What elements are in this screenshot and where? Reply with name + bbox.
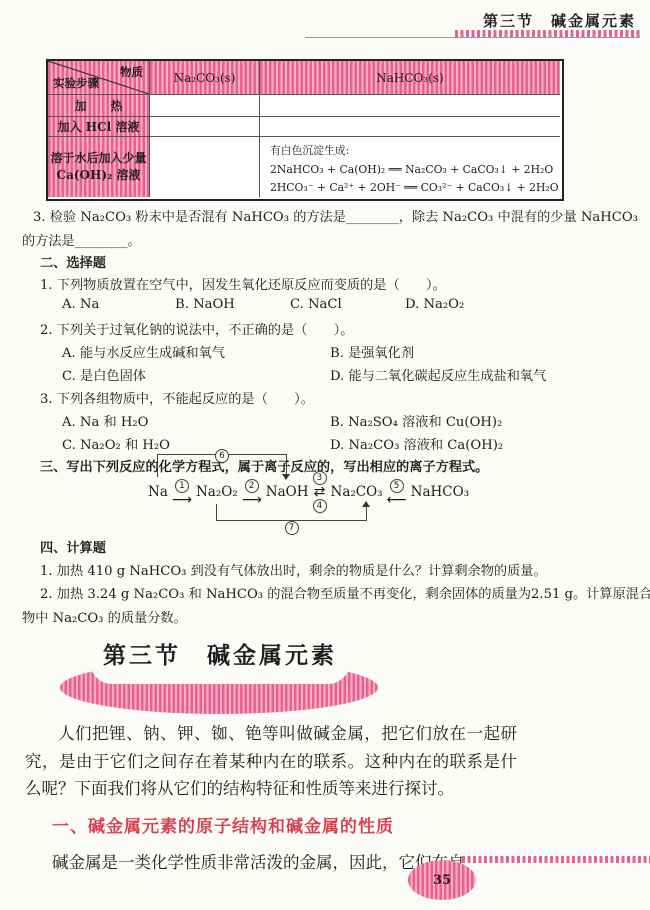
question3-line2: 的方法是________。	[22, 230, 141, 249]
column-header-nahco3: NaHCO₃(s)	[260, 61, 560, 95]
double-arrow-icon: ⇄	[314, 486, 326, 498]
species-na2o2: Na₂O₂	[196, 484, 238, 500]
mc2-option-a: A. 能与水反应生成碱和氧气	[62, 342, 225, 361]
mc2-option-c: C. 是白色固体	[62, 365, 146, 384]
mc3-stem: 3. 下列各组物质中，不能起反应的是（ ）。	[40, 388, 314, 407]
right-arrow-icon: ⟶	[242, 494, 262, 506]
section-title: 第三节 碱金属元素	[90, 637, 350, 670]
mc2-option-b: B. 是强氧化剂	[330, 342, 414, 361]
step6-number: 6	[215, 449, 229, 463]
header-rule	[305, 37, 640, 38]
arrow-step5: 5 ⟵	[387, 478, 407, 506]
calc2-line1: 2. 加热 3.24 g Na₂CO₃ 和 NaHCO₃ 的混合物至质量不再变化…	[40, 583, 650, 602]
body-paragraph: 碱金属是一类化学性质非常活泼的金属，因此，它们在自	[52, 849, 465, 873]
corner-label-steps: 实验步骤	[53, 75, 99, 91]
step3-number: 3	[313, 471, 327, 485]
reaction-chain-diagram: 6 7 Na 1 ⟶ Na₂O₂ 2 ⟶ NaOH 3 ⇄ 4 Na₂CO₃	[148, 452, 488, 532]
mc1-stem: 1. 下列物质放置在空气中，因发生氧化还原反应而变质的是（ ）。	[40, 274, 446, 293]
section4-heading: 四、计算题	[40, 537, 106, 556]
mc2-stem: 2. 下列关于过氧化钠的说法中，不正确的是（ ）。	[40, 319, 354, 338]
equation-ionic: 2HCO₃⁻ + Ca²⁺ + 2OH⁻ ══ CO₃²⁻ + CaCO₃↓ +…	[270, 179, 560, 198]
cell-heating-na2co3	[150, 95, 260, 117]
mc3-option-d: D. Na₂CO₃ 溶液和 Ca(OH)₂	[330, 434, 503, 453]
section2-heading: 二、选择题	[40, 252, 106, 271]
mc1-option-d: D. Na₂O₂	[405, 297, 464, 312]
header-pink-strip	[455, 30, 640, 37]
cell-heating-nahco3	[260, 95, 560, 117]
row-label-heating: 加 热	[48, 95, 150, 117]
cell-hcl-na2co3	[150, 117, 260, 137]
mc3-option-c: C. Na₂O₂ 和 H₂O	[62, 434, 170, 453]
mc1-option-c: C. NaCl	[290, 297, 342, 312]
species-naoh: NaOH	[266, 484, 309, 500]
question3-line1: 3. 检验 Na₂CO₃ 粉末中是否混有 NaHCO₃ 的方法是________…	[33, 206, 638, 225]
intro-paragraph: 人们把锂、钠、钾、铷、铯等叫做碱金属，把它们放在一起研究，是由于它们之间存在着某…	[25, 720, 517, 803]
cell-hcl-nahco3	[260, 117, 560, 137]
corner-label-substance: 物质	[120, 64, 143, 80]
species-na: Na	[148, 484, 168, 500]
comparison-table: 物质 实验步骤 Na₂CO₃(s) NaHCO₃(s) 加 热 加入 HCl 溶…	[46, 59, 564, 201]
column-header-na2co3: Na₂CO₃(s)	[150, 61, 260, 95]
mc1-option-a: A. Na	[62, 297, 99, 312]
row-label-caoh2-line1: 溶于水后加入少量	[50, 150, 146, 167]
row-label-hcl: 加入 HCl 溶液	[48, 117, 150, 137]
step1-number: 1	[175, 479, 189, 493]
step2-number: 2	[245, 479, 259, 493]
step7-number: 7	[285, 521, 299, 535]
arrow-step3-4: 3 ⇄ 4	[313, 470, 327, 514]
right-arrow-icon: ⟶	[172, 494, 192, 506]
precipitate-note: 有白色沉淀生成:	[270, 142, 560, 161]
cell-caoh2-nahco3: 有白色沉淀生成: 2NaHCO₃ + Ca(OH)₂ ══ Na₂CO₃ + C…	[260, 137, 560, 197]
step5-number: 5	[390, 479, 404, 493]
textbook-page: 第三节 碱金属元素 物质 实验步骤 Na₂CO₃(s) NaHCO₃(s) 加 …	[0, 0, 650, 910]
arrow-step2: 2 ⟶	[242, 478, 262, 506]
row-label-caoh2: 溶于水后加入少量 Ca(OH)₂ 溶液	[48, 137, 150, 197]
equation-molecular: 2NaHCO₃ + Ca(OH)₂ ══ Na₂CO₃ + CaCO₃↓ + 2…	[270, 161, 560, 180]
step4-number: 4	[313, 499, 327, 513]
calc1-text: 1. 加热 410 g NaHCO₃ 到没有气体放出时，剩余的物质是什么？计算剩…	[40, 560, 547, 579]
table-corner-cell: 物质 实验步骤	[48, 61, 150, 95]
cell-caoh2-na2co3	[150, 137, 260, 197]
footer-pink-strip	[462, 856, 650, 863]
subsection1-heading: 一、碱金属元素的原子结构和碱金属的性质	[52, 812, 394, 837]
reaction-chain: Na 1 ⟶ Na₂O₂ 2 ⟶ NaOH 3 ⇄ 4 Na₂CO₃ 5 ⟵ N…	[148, 470, 469, 514]
mc3-option-b: B. Na₂SO₄ 溶液和 Cu(OH)₂	[330, 411, 502, 430]
row-label-caoh2-line2: Ca(OH)₂ 溶液	[57, 167, 141, 184]
mc2-option-d: D. 能与二氧化碳起反应生成盐和氧气	[330, 365, 546, 384]
page-number-badge: 35	[408, 860, 476, 900]
mc1-option-b: B. NaOH	[175, 297, 235, 312]
mc3-option-a: A. Na 和 H₂O	[62, 411, 148, 430]
running-header-title: 第三节 碱金属元素	[483, 10, 636, 31]
page-number: 35	[433, 873, 451, 888]
arrow-step1: 1 ⟶	[172, 478, 192, 506]
calc2-line2: 物中 Na₂CO₃ 的质量分数。	[22, 607, 187, 626]
species-nahco3: NaHCO₃	[411, 484, 469, 500]
left-arrow-icon: ⟵	[387, 494, 407, 506]
species-na2co3: Na₂CO₃	[331, 484, 383, 500]
